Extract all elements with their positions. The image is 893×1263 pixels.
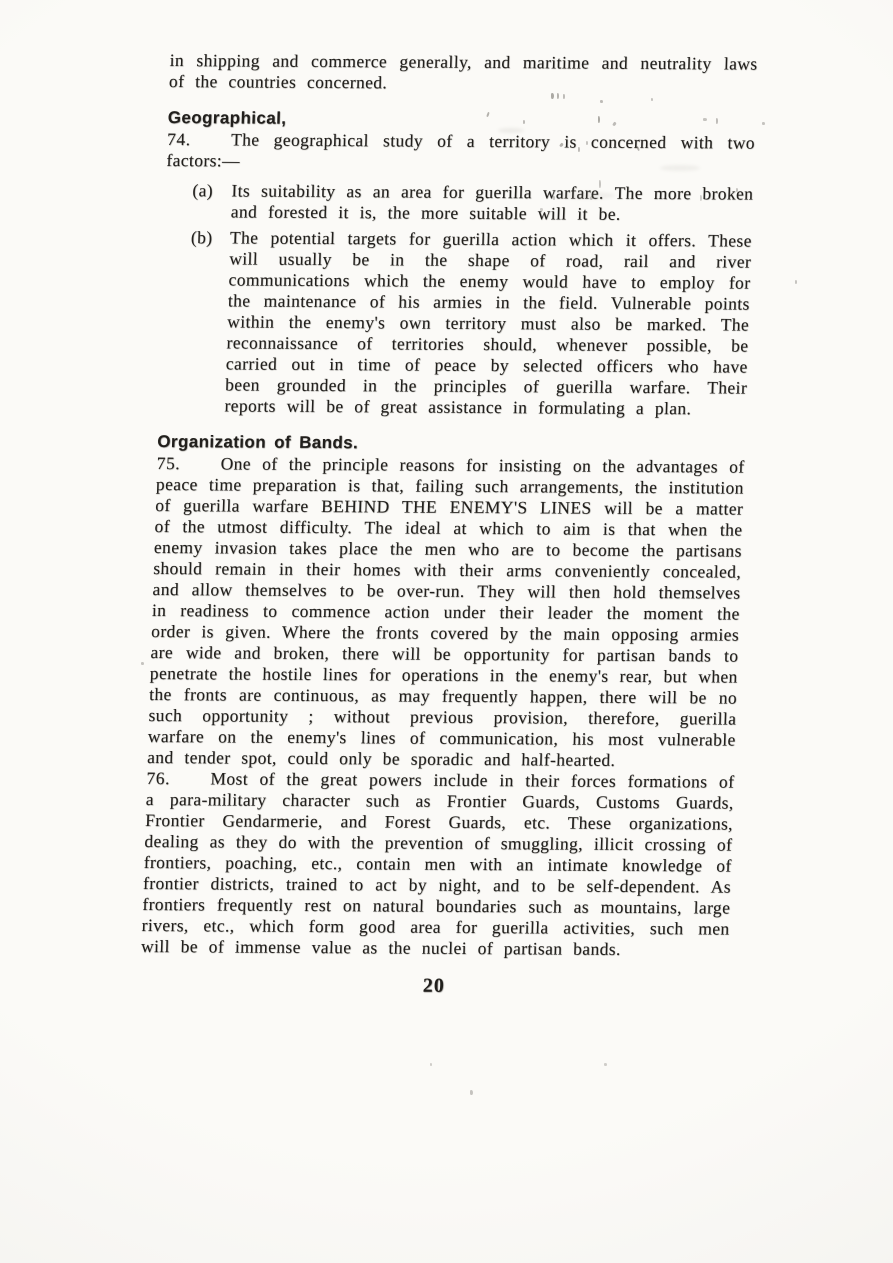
paragraph-continuation: in shipping and commerce generally, and … <box>169 50 758 96</box>
scan-speck <box>586 141 588 145</box>
page-content: in shipping and commerce generally, and … <box>139 50 757 999</box>
scan-speck <box>523 120 525 124</box>
scan-speck <box>700 195 702 201</box>
scanned-manual-page: in shipping and commerce generally, and … <box>0 0 893 1263</box>
scan-speck <box>540 208 543 211</box>
scan-speck <box>551 93 554 99</box>
paragraph-76-text: Most of the great powers include in thei… <box>141 768 735 959</box>
scan-speck <box>604 1063 607 1066</box>
list-item-b: (b) The potential targets for guerilla a… <box>158 227 752 420</box>
page-number: 20 <box>139 974 728 999</box>
scan-speck <box>578 147 580 152</box>
scan-speck <box>600 100 603 103</box>
scan-speck <box>762 122 765 125</box>
scan-speck <box>141 662 144 665</box>
list-item-b-text: The potential targets for guerilla actio… <box>224 227 752 418</box>
list-item-a: (a) Its suitability as an area for gueri… <box>164 180 753 226</box>
list-item-b-marker: (b) <box>191 227 213 248</box>
scan-blotch <box>560 192 615 199</box>
scan-speck <box>553 196 555 200</box>
list-item-a-marker: (a) <box>192 180 213 201</box>
factor-list: (a) Its suitability as an area for gueri… <box>158 180 754 420</box>
scan-speck <box>736 188 738 192</box>
scan-speck <box>716 118 718 124</box>
scan-speck <box>470 1090 473 1095</box>
paragraph-76: 76.Most of the great powers include in t… <box>141 768 735 961</box>
paragraph-75-number: 75. <box>156 453 221 474</box>
list-item-a-text: Its suitability as an area for guerilla … <box>230 180 753 223</box>
scan-speck <box>651 98 653 101</box>
paragraph-75-text: One of the principle reasons for insisti… <box>147 453 745 769</box>
scan-speck <box>563 94 565 99</box>
paragraph-74-number: 74. <box>167 129 232 150</box>
scan-speck <box>598 116 600 123</box>
scan-speck <box>430 1063 432 1066</box>
paragraph-75: 75.One of the principle reasons for insi… <box>147 453 745 772</box>
scan-blotch <box>660 165 700 171</box>
scan-speck <box>557 93 559 99</box>
paragraph-76-number: 76. <box>146 768 211 789</box>
scan-speck <box>795 280 797 284</box>
scan-blotch <box>498 128 524 133</box>
scan-speck <box>599 180 601 188</box>
paragraph-74-text: The geographical study of a territory is… <box>166 129 755 170</box>
scan-speck <box>703 118 707 121</box>
